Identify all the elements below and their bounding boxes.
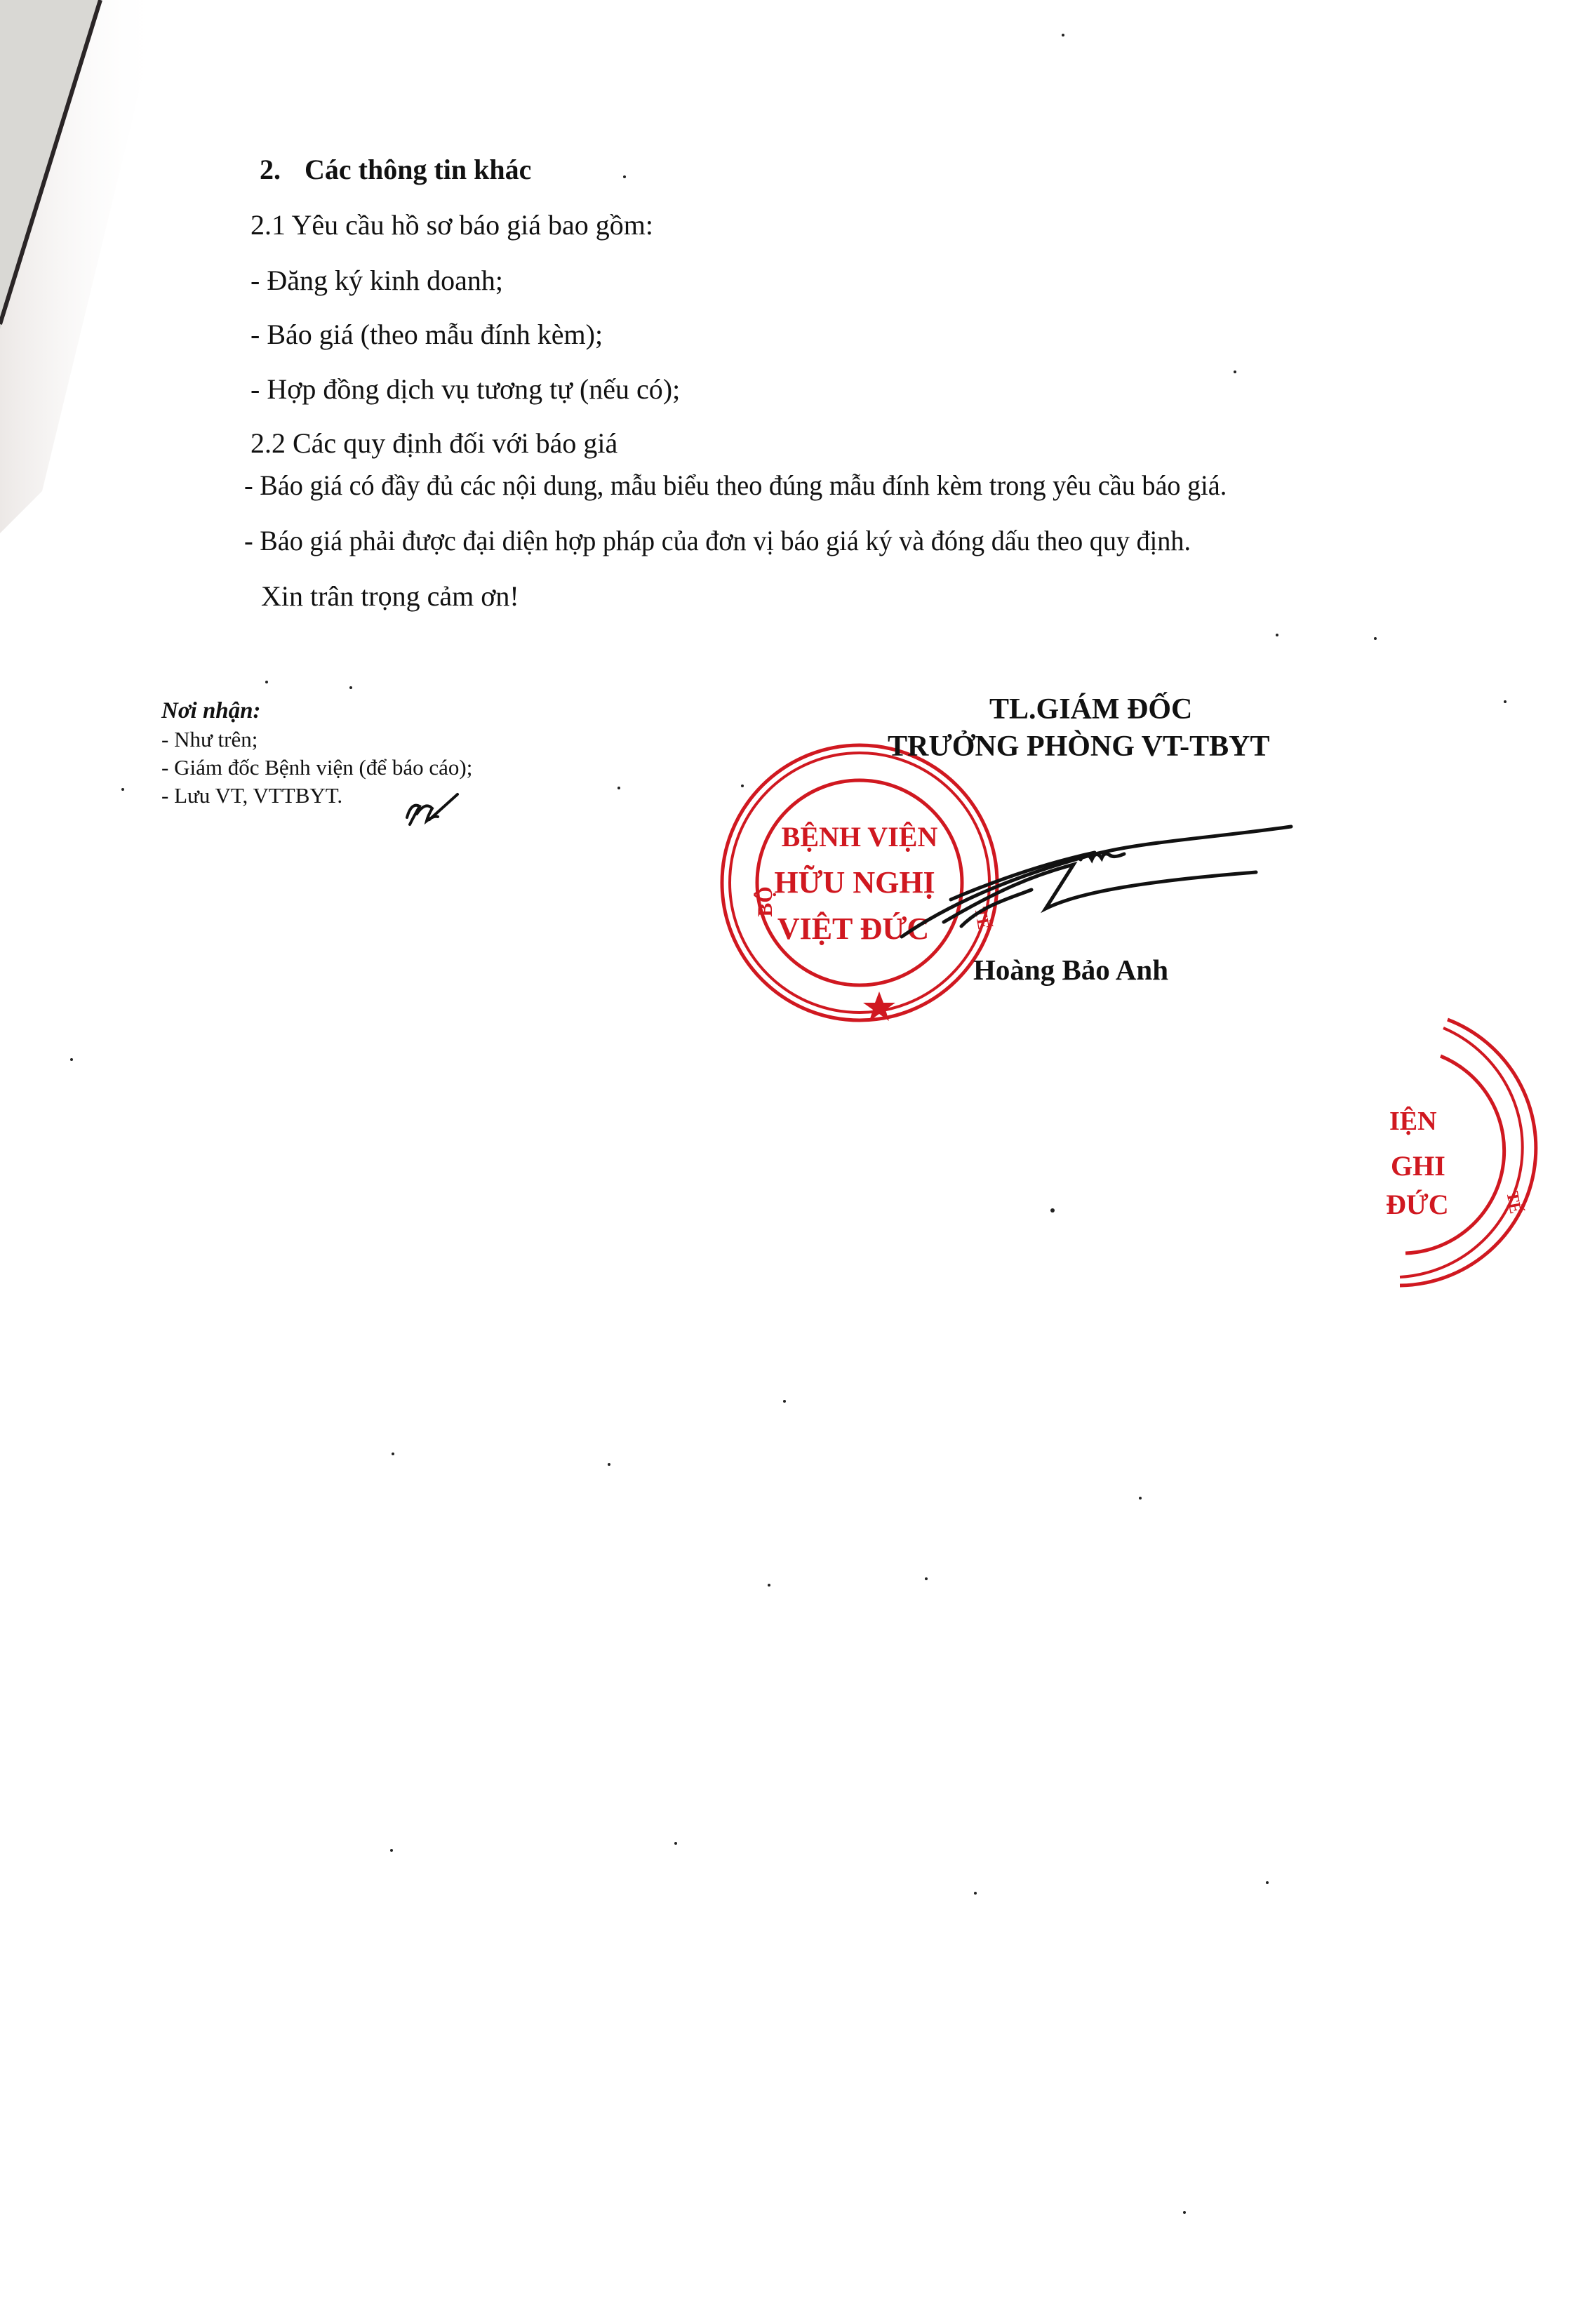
signer-name: Hoàng Bảo Anh: [973, 956, 1168, 984]
partial-stamp-line-2: GHI: [1391, 1150, 1445, 1182]
subsection-2-title: 2.2 Các quy định đối với báo giá: [251, 429, 617, 458]
signature-title-2: TRƯỞNG PHÒNG VT-TBYT: [888, 732, 1270, 761]
regulation-item: - Báo giá có đầy đủ các nội dung, mẫu bi…: [244, 472, 1227, 500]
star-icon: [863, 991, 895, 1021]
subsection-1-title: 2.1 Yêu cầu hồ sơ báo giá bao gồm:: [251, 211, 653, 239]
signature-title-1: TL.GIÁM ĐỐC: [989, 695, 1192, 724]
section-title: Các thông tin khác: [305, 154, 531, 185]
section-heading: 2.Các thông tin khác: [260, 156, 531, 184]
partial-stamp-outer-right: TẾ: [1502, 1190, 1525, 1215]
closing-text: Xin trân trọng cảm ơn!: [261, 582, 519, 610]
recipients-label: Nơi nhận:: [161, 700, 261, 723]
stamp-line-3: VIỆT ĐỨC: [777, 911, 929, 946]
requirement-item: - Đăng ký kinh doanh;: [251, 267, 503, 295]
requirement-item: - Hợp đồng dịch vụ tương tự (nếu có);: [251, 375, 680, 403]
partial-stamp-impression: IỆN GHI ĐỨC TẾ: [0, 0, 1583, 1333]
requirement-item: - Báo giá (theo mẫu đính kèm);: [251, 321, 603, 349]
recipient-item: - Giám đốc Bệnh viện (để báo cáo);: [161, 756, 472, 778]
stamp-outer-left: BỘ: [754, 886, 777, 916]
stamp-line-1: BỆNH VIỆN: [782, 821, 938, 853]
scan-noise: [0, 0, 1583, 2324]
stamp-line-2: HỮU NGHỊ: [774, 864, 935, 900]
partial-stamp-line-1: IỆN: [1389, 1107, 1437, 1136]
section-number: 2.: [260, 154, 281, 185]
partial-stamp-line-3: ĐỨC: [1386, 1189, 1449, 1220]
regulation-item: - Báo giá phải được đại diện hợp pháp củ…: [244, 527, 1191, 555]
stamp-outer-right: TẾ: [970, 906, 993, 931]
recipient-item: - Lưu VT, VTTBYT.: [161, 784, 342, 806]
recipient-item: - Như trên;: [161, 728, 258, 750]
page-edge-shadow: [0, 0, 225, 533]
